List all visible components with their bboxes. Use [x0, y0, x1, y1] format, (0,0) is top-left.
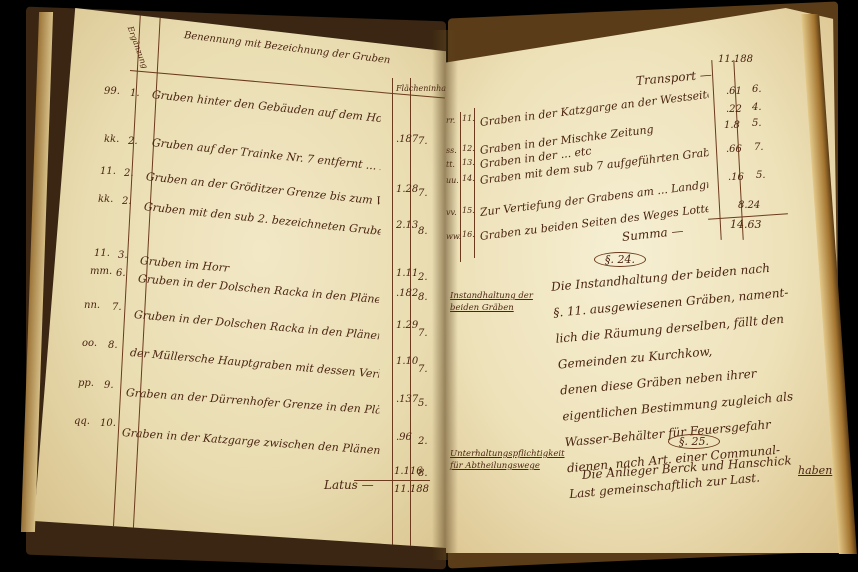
entry-sub: 8. [418, 292, 428, 303]
entry-no: 12. [462, 144, 475, 153]
entry-ref: kk. [104, 134, 119, 145]
entry-sub: 5. [756, 170, 766, 181]
photo-background: Ergänzung Benennung mit Bezeichnung der … [0, 0, 858, 572]
subtotal-sub: 8. [418, 468, 428, 479]
column-rule [392, 78, 393, 548]
entry-amount: 1.10 [396, 356, 418, 367]
paragraph-25-trailing: haben [798, 464, 832, 477]
entry-no: 2. [128, 136, 138, 147]
entry-text: Gruben in der Dolschen Racka in den Plän… [133, 308, 379, 342]
column-rule [410, 78, 411, 548]
entry-no: 3. [118, 250, 128, 261]
entry-no: 2. [124, 168, 134, 179]
entry-amount: .137 [396, 394, 418, 405]
entry-sub: 5. [418, 398, 428, 409]
entry-sub: 7. [418, 136, 428, 147]
section-24-heading: §. 24. [594, 252, 646, 267]
entry-sub: 6. [752, 84, 762, 95]
entry-amount: 8.24 [738, 200, 760, 211]
entry-no: 6. [116, 268, 126, 279]
transport-label: Transport — [635, 67, 712, 88]
entry-amount: .96 [396, 432, 412, 443]
entry-no: 2. [122, 196, 132, 207]
entry-no: 10. [100, 418, 116, 429]
entry-text: Graben in der Katzgarge zwischen den Plä… [122, 426, 380, 457]
entry-no: 14. [462, 174, 475, 183]
right-page: Transport — 11.188 rr. 11. Graben in der… [446, 8, 841, 553]
entry-amount: 1.29 [396, 320, 418, 331]
entry-no: 13. [462, 158, 475, 167]
entry-no: 11. [462, 114, 475, 123]
entry-sub: 2. [418, 436, 428, 447]
entry-sub: 7. [418, 328, 428, 339]
entry-amount: 2.13 [396, 220, 418, 231]
entry-amount: .66 [726, 144, 742, 155]
entry-amount: .16 [728, 172, 744, 183]
entry-no: 15. [462, 206, 475, 215]
book-spine [432, 30, 458, 560]
entry-ref: 11. [94, 248, 110, 259]
entry-ref: nn. [84, 300, 100, 311]
entry-text: Gruben hinter den Gebäuden auf dem Hof M… [151, 88, 381, 125]
summa-label: Summa — [621, 224, 684, 244]
entry-amount: .61 [726, 86, 742, 97]
entry-amount: .187 [396, 134, 418, 145]
section-25-heading: §. 25. [668, 434, 720, 449]
entry-sub: 2. [418, 272, 428, 283]
entry-text: der Müllersche Hauptgraben mit dessen Ve… [129, 346, 379, 381]
entry-text: Gruben auf der Trainke Nr. 7 entfernt ..… [151, 136, 381, 173]
column-rule [711, 60, 721, 240]
margin-note-25: Unterhaltungspflichtigkeit für Abtheilun… [450, 448, 560, 472]
entry-ref: 99. [104, 86, 120, 97]
entry-no: 9. [104, 380, 114, 391]
transport-value: 11.188 [718, 54, 753, 65]
entry-text: Gruben mit den sub 2. bezeichneten Grube… [143, 200, 381, 238]
latus-label: Latus — [324, 478, 374, 492]
entry-sub: 7. [418, 188, 428, 199]
entry-amount: 1.8 [724, 120, 740, 131]
entry-sub: 5. [752, 118, 762, 129]
entry-sub: 7. [418, 364, 428, 375]
entry-sub: 7. [754, 142, 764, 153]
entry-ref: mm. [90, 266, 112, 277]
entry-ref: pp. [78, 378, 94, 389]
entry-amount: 1.28 [396, 184, 418, 195]
entry-ref: 11. [100, 166, 116, 177]
entry-no: 1. [130, 88, 140, 99]
entry-text: Graben an der Dürrenhofer Grenze in den … [126, 386, 380, 417]
sum-value: 14.63 [730, 218, 762, 231]
entry-no: 7. [112, 302, 122, 313]
margin-note-24: Instandhaltung der beiden Gräben [450, 290, 540, 314]
entry-text: Gruben an der Gröditzer Grenze bis zum W… [145, 170, 380, 207]
left-page: Ergänzung Benennung mit Bezeichnung der … [34, 8, 446, 548]
column-header-ergaenzung: Ergänzung [126, 25, 150, 70]
entry-amount: .182 [396, 288, 418, 299]
entry-no: 8. [108, 340, 118, 351]
entry-no: 16. [462, 230, 475, 239]
entry-sub: 8. [418, 226, 428, 237]
entry-ref: qq. [74, 416, 90, 427]
entry-ref: oo. [82, 338, 97, 349]
entry-amount: .22 [726, 104, 742, 115]
entry-ref: kk. [98, 194, 113, 205]
entry-amount: 1.11 [396, 268, 418, 279]
entry-sub: 4. [752, 102, 762, 113]
latus-value: 11.188 [394, 484, 429, 495]
